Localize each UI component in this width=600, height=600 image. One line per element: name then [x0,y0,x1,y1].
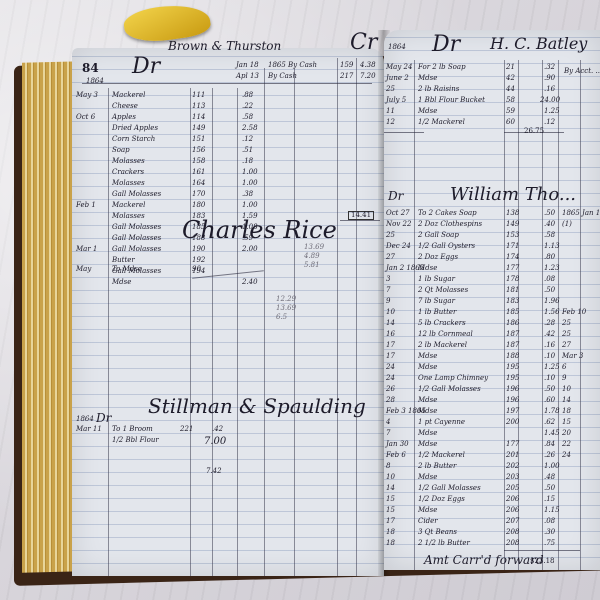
ledger-row: 15Mdse2061.15 [384,507,564,518]
header-dr: Dr [96,412,111,424]
ledger-row: Mar 3 [560,353,600,364]
ledger-row: Dec 241/2 Gall Oysters1711.13 [384,243,564,254]
carried-forward-total: $23.18 [530,558,555,565]
pencil-notes-2: 12.29 13.69 6.5 [276,296,296,321]
account-name-stillman-spaulding: Stillman & Spaulding [148,396,366,416]
ledger-row: 145 lb Crackers186.28 [384,320,564,331]
ledger-row: 72 Qt Molasses181.50 [384,287,564,298]
ledger-row: 17Mdse188.10 [384,353,564,364]
ledger-row: 7Mdse1.45 [384,430,564,441]
ledger-row: June 2Mdse42.90 [384,75,564,86]
ledger-row: 101 lb Butter1851.56 [384,309,564,320]
ledger-row: Feb 3 1865Mdse1971.78 [384,408,564,419]
header-dr: Dr [432,34,460,56]
ledger-row: 151/2 Doz Eggs206.15 [384,496,564,507]
ledger-row: 11Mdse591.25 [384,108,564,119]
account-name-brown-thurston: Brown & Thurston [168,40,281,52]
ledger-row: Mar 11To 1 Broom221.42 [72,426,272,437]
ledger-row: Nov 222 Doz Clothespins149.40 [384,221,564,232]
header-cr: Cr [350,32,377,54]
ledger-row: Mar 1Gall Molasses1902.00 [72,246,272,257]
right-page: 1864 Dr H. C. Batley May 24For 2 lb Soap… [384,30,600,570]
header-dr: Dr [388,190,403,202]
ledger-row: 1/2 Bbl Flour7.00 [72,437,272,448]
signature-charles-rice: Charles Rice [182,218,337,242]
ledger-row: 6 [560,364,600,375]
boxed-total: 14.41 [348,211,374,220]
ledger-row: MayTo Mdse90 [72,266,272,277]
account-name-william: William Tho... [450,186,576,204]
ledger-row: (1) [560,221,600,232]
ledger-row: Jan 30Mdse177.84 [384,441,564,452]
ledger-row: 261/2 Gall Molasses196.50 [384,386,564,397]
ledger-row: 172 lb Mackerel187.16 [384,342,564,353]
ledger-row: 31 lb Sugar178.08 [384,276,564,287]
year: 1864 [86,78,104,85]
carried-forward-label: Amt Carr'd forward [424,554,544,566]
ledger-row: 141/2 Gall Molasses205.50 [384,485,564,496]
ledger-row: 97 lb Sugar1831.96 [384,298,564,309]
ledger-row: 183 Qt Beans208.30 [384,529,564,540]
header-dr: Dr [132,56,160,78]
ledger-row: Mdse2.40 [72,279,272,290]
ledger-row: 17Cider207.08 [384,518,564,529]
year: 1864 [388,44,406,51]
left-page: 84 Dr Brown & Thurston Cr 1864 May 3Mack… [72,48,384,576]
batley-total: 26.75 [524,128,544,135]
account-name-batley: H. C. Batley [490,36,587,52]
ledger-row: 82 lb Butter2021.00 [384,463,564,474]
pencil-notes-1: 13.69 4.89 5.81 [304,244,324,269]
ledger-row: Feb 61/2 Mackerel201.26 [384,452,564,463]
batley-credit-note: By Acct. ... [564,68,600,75]
year: 1864 [76,416,94,423]
ledger-row: 41 pt Cayenne200.62 [384,419,564,430]
ledger-row: Jan 2 1865Mdse1771.23 [384,265,564,276]
ledger-row: July 51 Bbl Flour Bucket5824.00 [384,97,564,108]
ledger-row: 24 [560,452,600,463]
page-number: 84 [82,62,99,74]
ledger-row: May 24For 2 lb Soap21.32 [384,64,564,75]
ledger-row: Apl 13By Cash2177.20 [232,73,382,84]
ledger-row: 1612 lb Cornmeal187.42 [384,331,564,342]
stillman-total: 7.42 [206,468,222,475]
